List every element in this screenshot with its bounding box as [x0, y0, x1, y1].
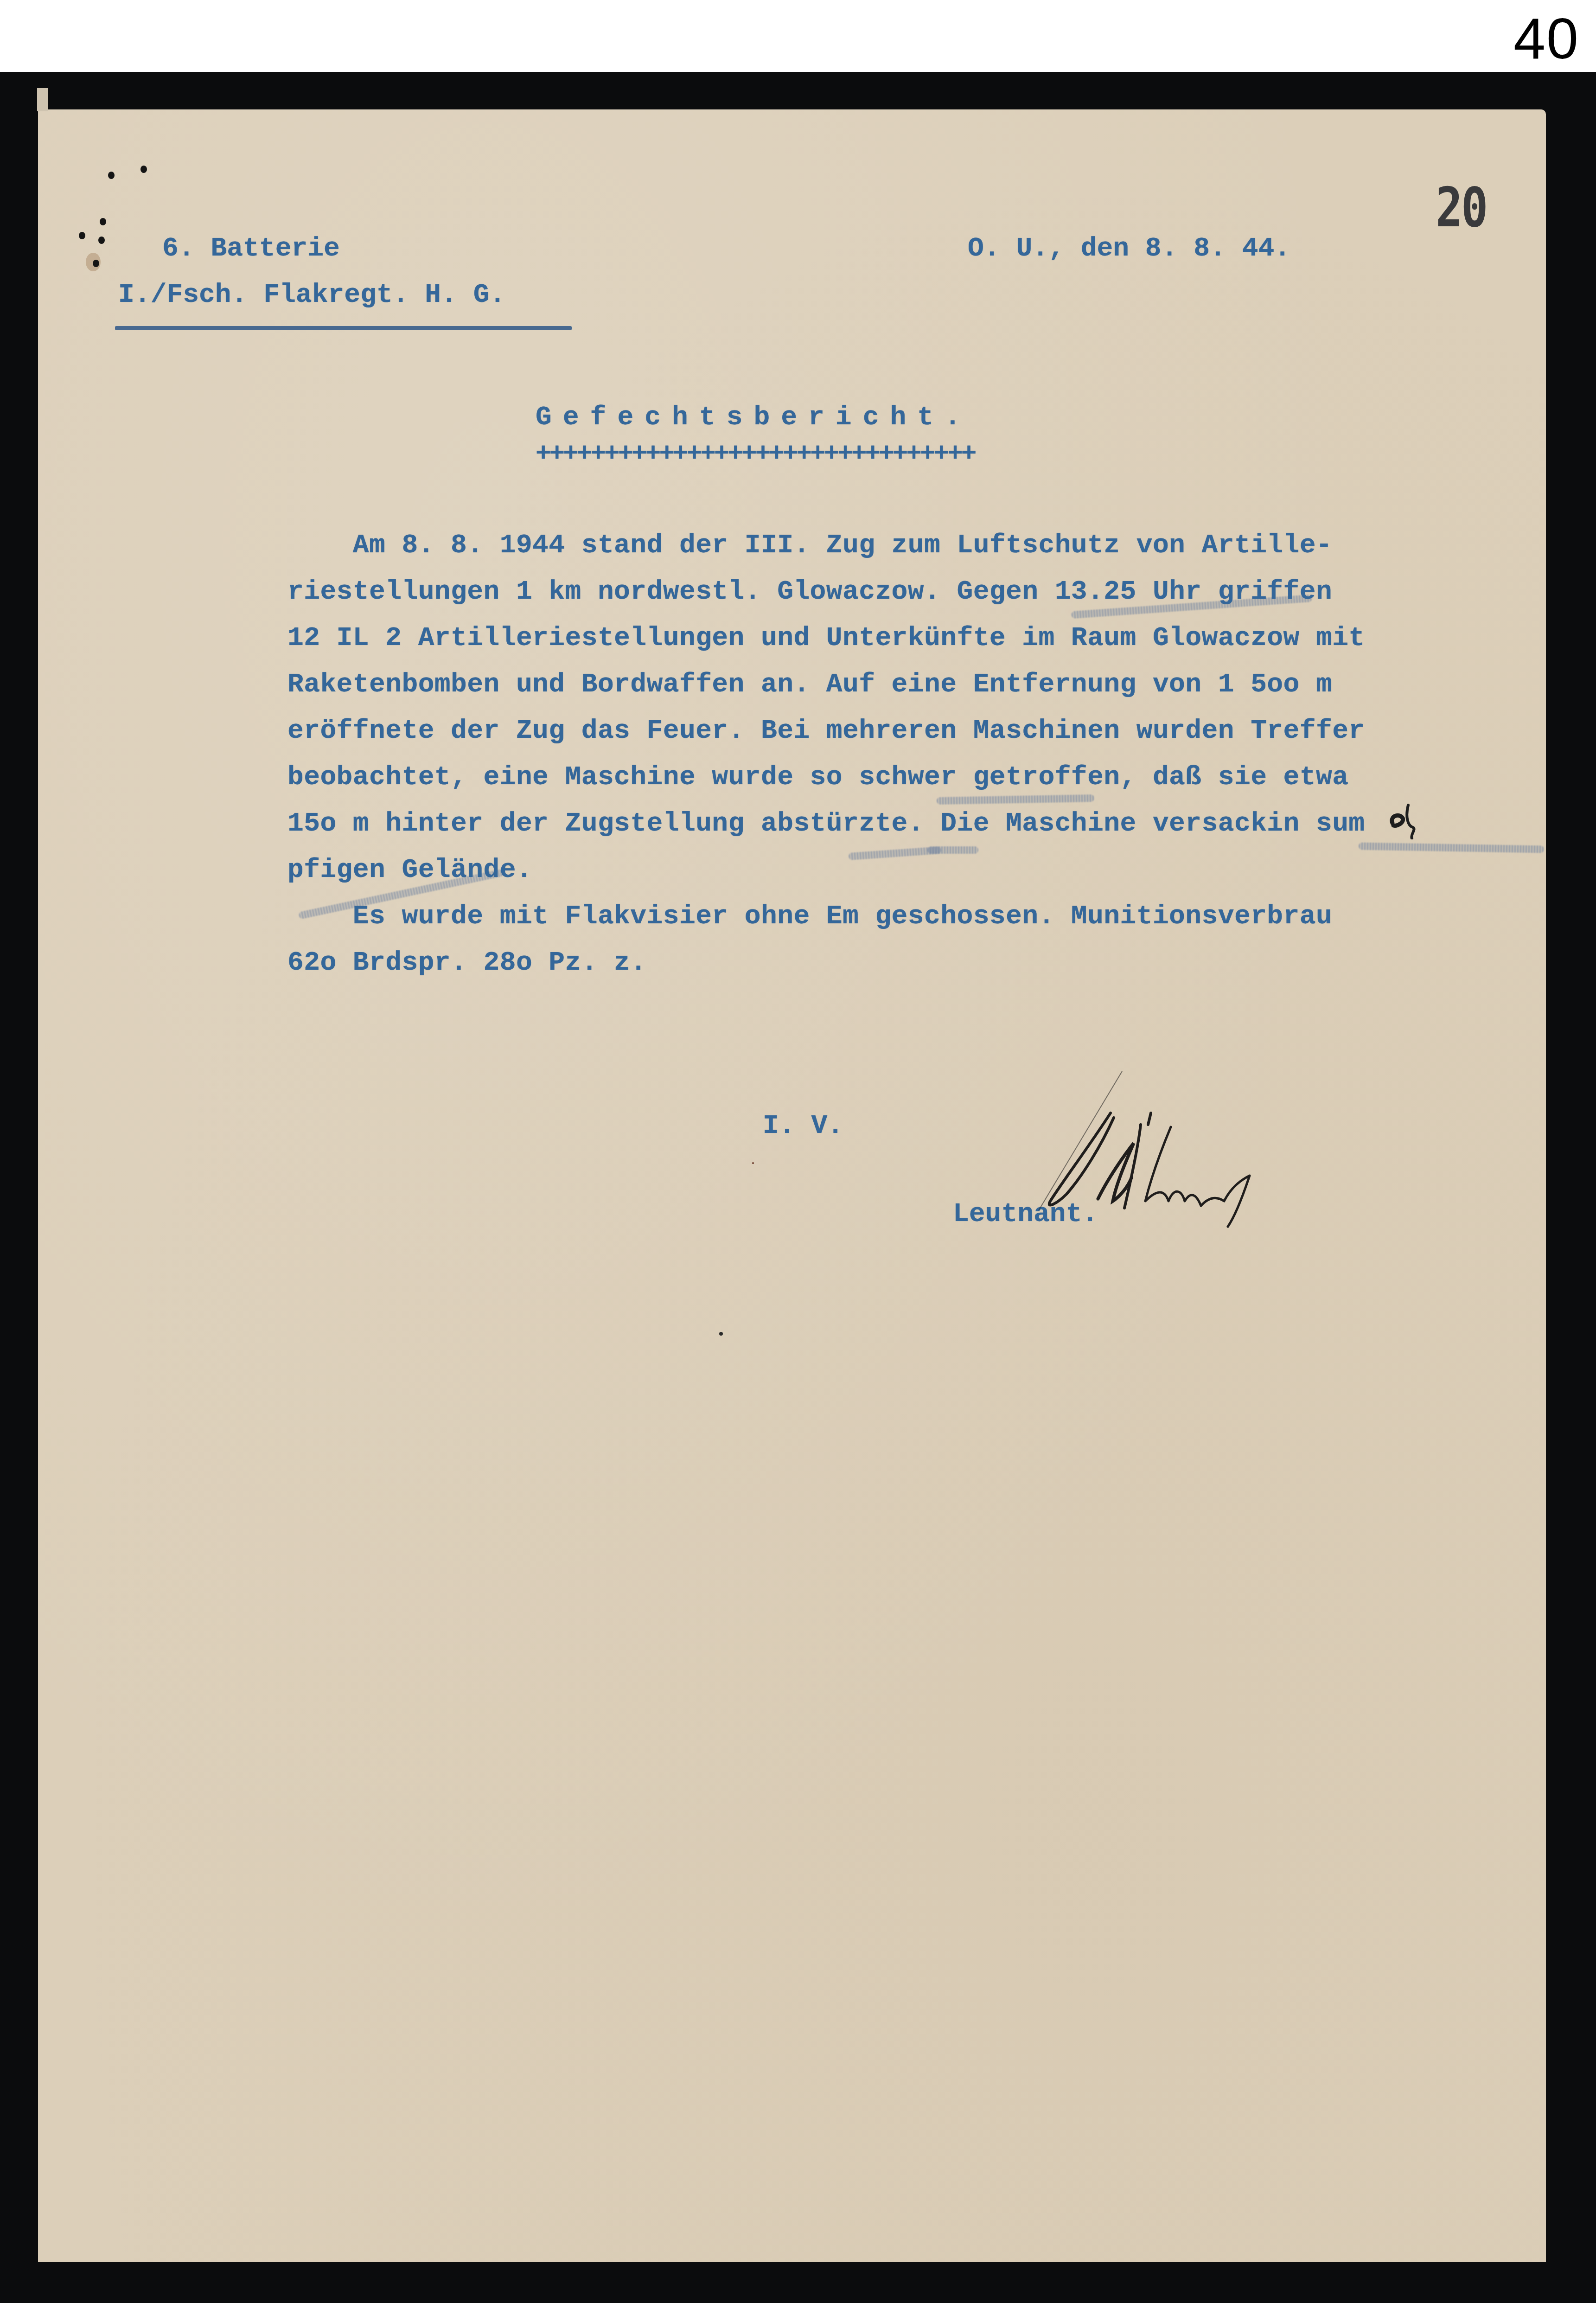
- unit-regiment: I./Fsch. Flakregt. H. G.: [118, 282, 505, 309]
- punch-hole: [98, 237, 105, 244]
- ink-correction-mark: [1389, 802, 1421, 839]
- body-line: beobachtet, eine Maschine wurde so schwe…: [287, 764, 1348, 791]
- letterhead-underline: [115, 326, 572, 330]
- punch-hole: [93, 260, 99, 267]
- punch-hole: [100, 218, 106, 225]
- archive-header-band: 40: [0, 0, 1596, 72]
- body-line: 15o m hinter der Zugstellung abstürzte. …: [287, 811, 1365, 838]
- body-line: eröffnete der Zug das Feuer. Bei mehrere…: [287, 718, 1365, 745]
- place-and-date: O. U., den 8. 8. 44.: [968, 236, 1290, 262]
- body-line: Am 8. 8. 1944 stand der III. Zug zum Luf…: [287, 532, 1332, 559]
- title-plus-rule: ++++++++++++++++++++++++++++++++: [536, 441, 975, 467]
- body-line: riestellungen 1 km nordwestl. Glowaczow.…: [287, 579, 1332, 606]
- punch-hole: [79, 232, 85, 239]
- punch-hole: [108, 172, 115, 179]
- body-line: 12 IL 2 Artilleriestellungen und Unterkü…: [287, 625, 1365, 652]
- unit-battery: 6. Batterie: [162, 236, 340, 262]
- body-line: Es wurde mit Flakvisier ohne Em geschoss…: [287, 903, 1332, 930]
- archive-sheet-number: 40: [1513, 10, 1579, 68]
- paper-speck: [719, 1332, 723, 1336]
- handwritten-signature: [1006, 1062, 1257, 1229]
- body-line: 62o Brdspr. 28o Pz. z.: [287, 950, 647, 977]
- punch-hole: [140, 166, 147, 173]
- body-line: Raketenbomben und Bordwaffen an. Auf ein…: [287, 672, 1332, 698]
- paper-tab-flap: [37, 88, 48, 111]
- body-line: pfigen Gelände.: [287, 857, 532, 884]
- document-title: Gefechtsbericht.: [536, 404, 972, 431]
- stamped-page-number: 20: [1436, 180, 1487, 235]
- on-behalf-marker: I. V.: [763, 1113, 843, 1140]
- paper-speck: [752, 1162, 754, 1164]
